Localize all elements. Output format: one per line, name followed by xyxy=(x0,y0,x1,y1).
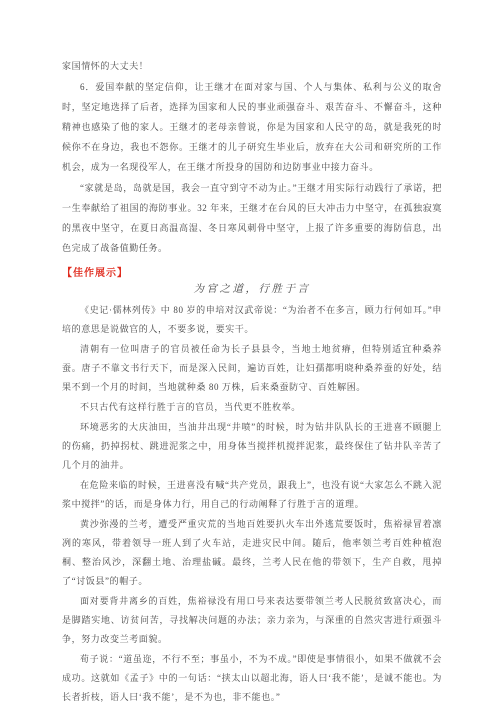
essay-paragraph-daqing-oilfield: 环境恶劣的大庆油田，当油井出现“井喷”的时候，时为钻井队队长的王进喜不顾腿上的伤… xyxy=(62,418,442,475)
essay-paragraph-jiaoyulu: 面对要背井离乡的百姓，焦裕禄没有用口号来表达要带领兰考人民脱贫致富决心，而是脚踏… xyxy=(62,592,442,649)
essay-paragraph-wangjinxi: 在危险来临的时候，王进喜没有喊“共产党员，跟我上”，也没有说“大家怎么不跳入泥浆… xyxy=(62,476,442,514)
essay-paragraph-xunzi-mengzi: 荀子说：“道虽迩，不行不至；事虽小，不为不成。”即使是事情很小，如果不做就不会成… xyxy=(62,650,442,707)
intro-paragraph-point-6: 6．爱国奉献的坚定信仰，让王继才在面对家与国、个人与集体、私利与公义的取舍时，坚… xyxy=(62,77,442,177)
document-content: 家国情怀的大丈夫！ 6．爱国奉献的坚定信仰，让王继才在面对家与国、个人与集体、私… xyxy=(0,0,500,707)
essay-paragraph-lankao: 黄沙弥漫的兰考，遭受严重灾荒的当地百姓要扒火车出外逃荒要饭时，焦裕禄冒着凛冽的寒… xyxy=(62,515,442,591)
essay-title: 为官之道，行胜于言 xyxy=(62,281,442,296)
intro-paragraph-quote: “家就是岛，岛就是国，我会一直守到守不动为止。”王继才用实际行动践行了承诺，把一… xyxy=(62,178,442,258)
intro-paragraph-continuation: 家国情怀的大丈夫！ xyxy=(62,56,442,76)
section-heading-jiazuo-zhanshi: 【佳作展示】 xyxy=(62,264,442,279)
essay-body: 《史记·儒林列传》中 80 岁的申培对汉武帝说：“为治者不在多言，顾力行何如耳。… xyxy=(62,301,442,707)
essay-paragraph-qing-official: 清朝有一位叫唐子的官员被任命为长子县县令，当地土地贫瘠，但特别适宜种桑养蚕。唐子… xyxy=(62,340,442,397)
essay-paragraph-transition: 不只古代有这样行胜于言的官员，当代更不胜枚举。 xyxy=(62,398,442,417)
document-page: 家国情怀的大丈夫！ 6．爱国奉献的坚定信仰，让王继才在面对家与国、个人与集体、私… xyxy=(0,0,500,707)
essay-paragraph-shiji: 《史记·儒林列传》中 80 岁的申培对汉武帝说：“为治者不在多言，顾力行何如耳。… xyxy=(62,301,442,339)
